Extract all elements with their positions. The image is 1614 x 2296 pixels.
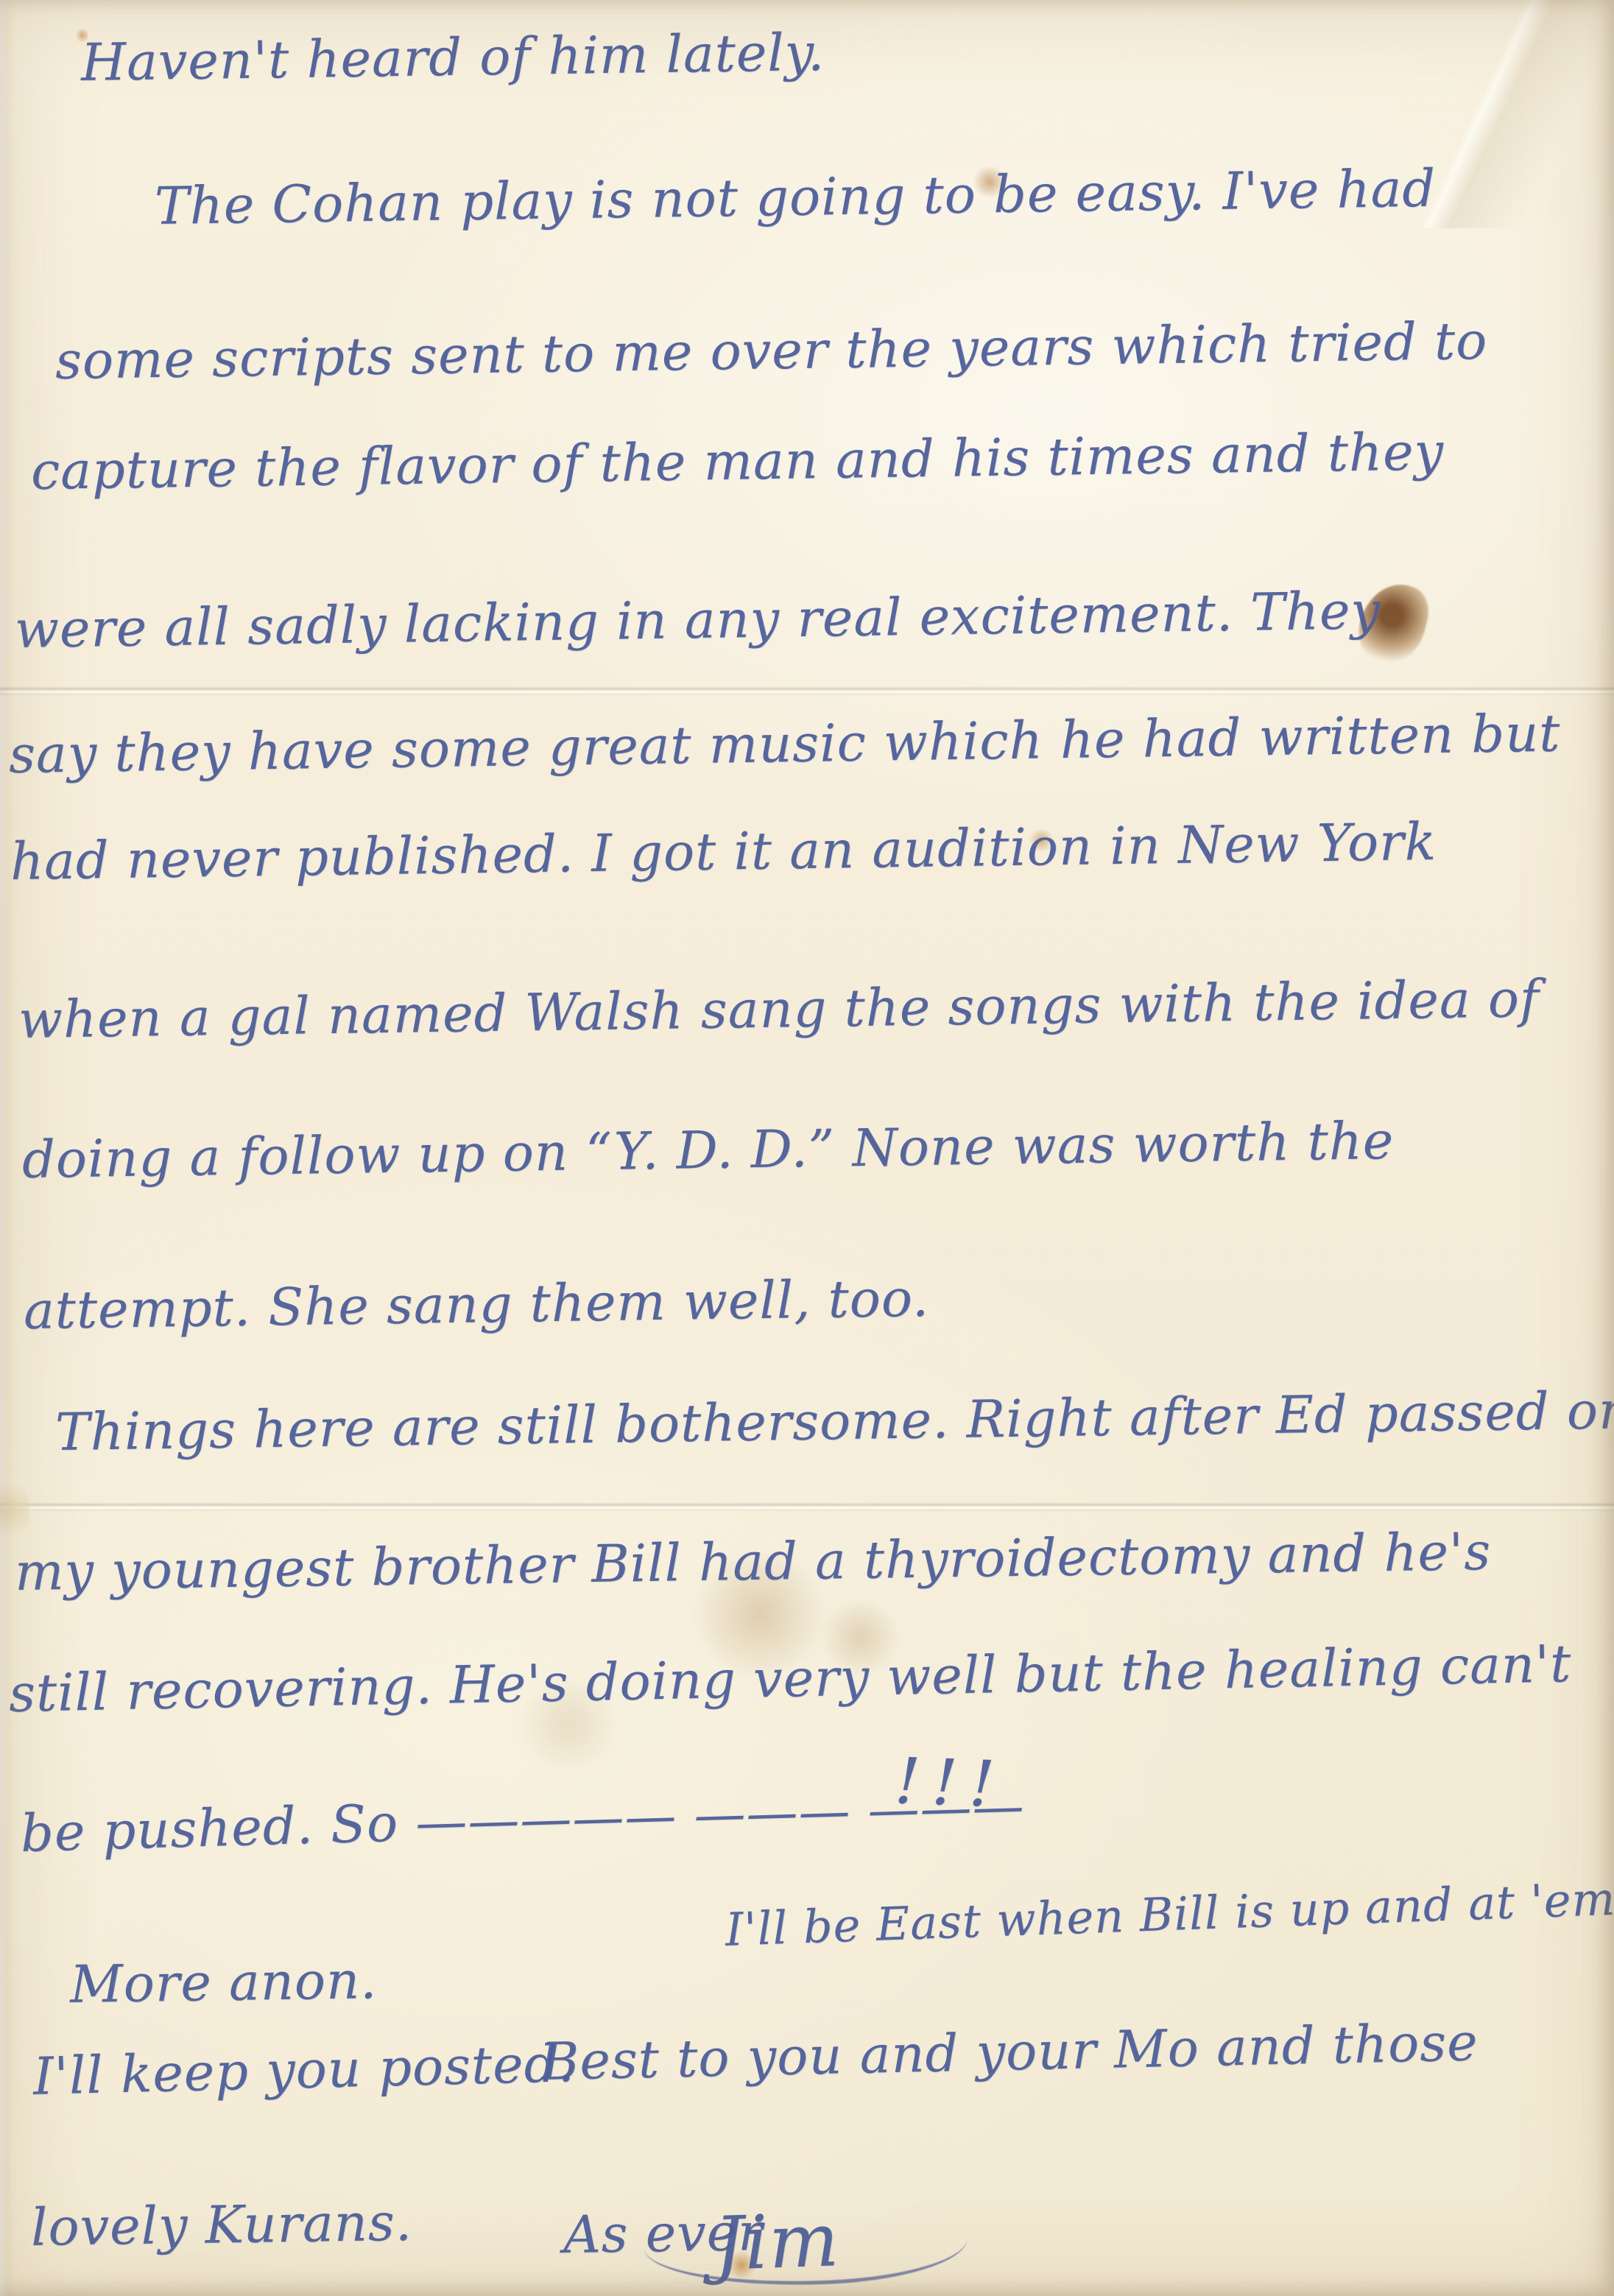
fold-crease-upper bbox=[0, 686, 1614, 695]
handwritten-line-2: The Cohan play is not going to be easy. … bbox=[154, 159, 1436, 236]
handwritten-line-3: some scripts sent to me over the years w… bbox=[54, 311, 1487, 391]
handwritten-line-8: when a gal named Walsh sang the songs wi… bbox=[18, 969, 1540, 1049]
handwritten-line-12: my youngest brother Bill had a thyroidec… bbox=[14, 1522, 1491, 1602]
handwritten-line-1: Haven't heard of him lately. bbox=[80, 23, 825, 93]
worn-edge-patch bbox=[0, 1476, 29, 1543]
handwritten-line-9: doing a follow up on “Y. D. D.” None was… bbox=[21, 1111, 1394, 1190]
handwritten-line-best-to-you: Best to you and your Mo and those bbox=[540, 2012, 1479, 2091]
handwritten-line-14-dashes: be pushed. So ————— ——— ——— bbox=[20, 1776, 1026, 1864]
letter-page: Haven't heard of him lately. The Cohan p… bbox=[0, 0, 1614, 2296]
handwritten-line-10: attempt. She sang them well, too. bbox=[23, 1269, 929, 1341]
handwritten-line-7: had never published. I got it an auditio… bbox=[10, 812, 1437, 892]
handwritten-line-13: still recovering. He's doing very well b… bbox=[8, 1634, 1572, 1723]
handwritten-line-4: capture the flavor of the man and his ti… bbox=[30, 422, 1444, 501]
exclamation-marks: !!! bbox=[893, 1745, 1007, 1822]
scan-edge-highlight bbox=[0, 0, 7, 2296]
handwritten-line-ill-be-east: I'll be East when Bill is up and at 'em. bbox=[725, 1872, 1614, 1956]
handwritten-line-keep-posted: I'll keep you posted. bbox=[32, 2034, 576, 2106]
handwritten-line-6: say they have some great music which he … bbox=[8, 704, 1560, 785]
handwritten-line-more-anon: More anon. bbox=[69, 1951, 377, 2014]
handwritten-line-lovely: lovely Kurans. bbox=[30, 2193, 412, 2258]
fold-crease-lower bbox=[0, 1502, 1614, 1511]
handwritten-line-5: were all sadly lacking in any real excit… bbox=[14, 581, 1381, 659]
handwritten-line-11: Things here are still bothersome. Right … bbox=[54, 1381, 1614, 1462]
